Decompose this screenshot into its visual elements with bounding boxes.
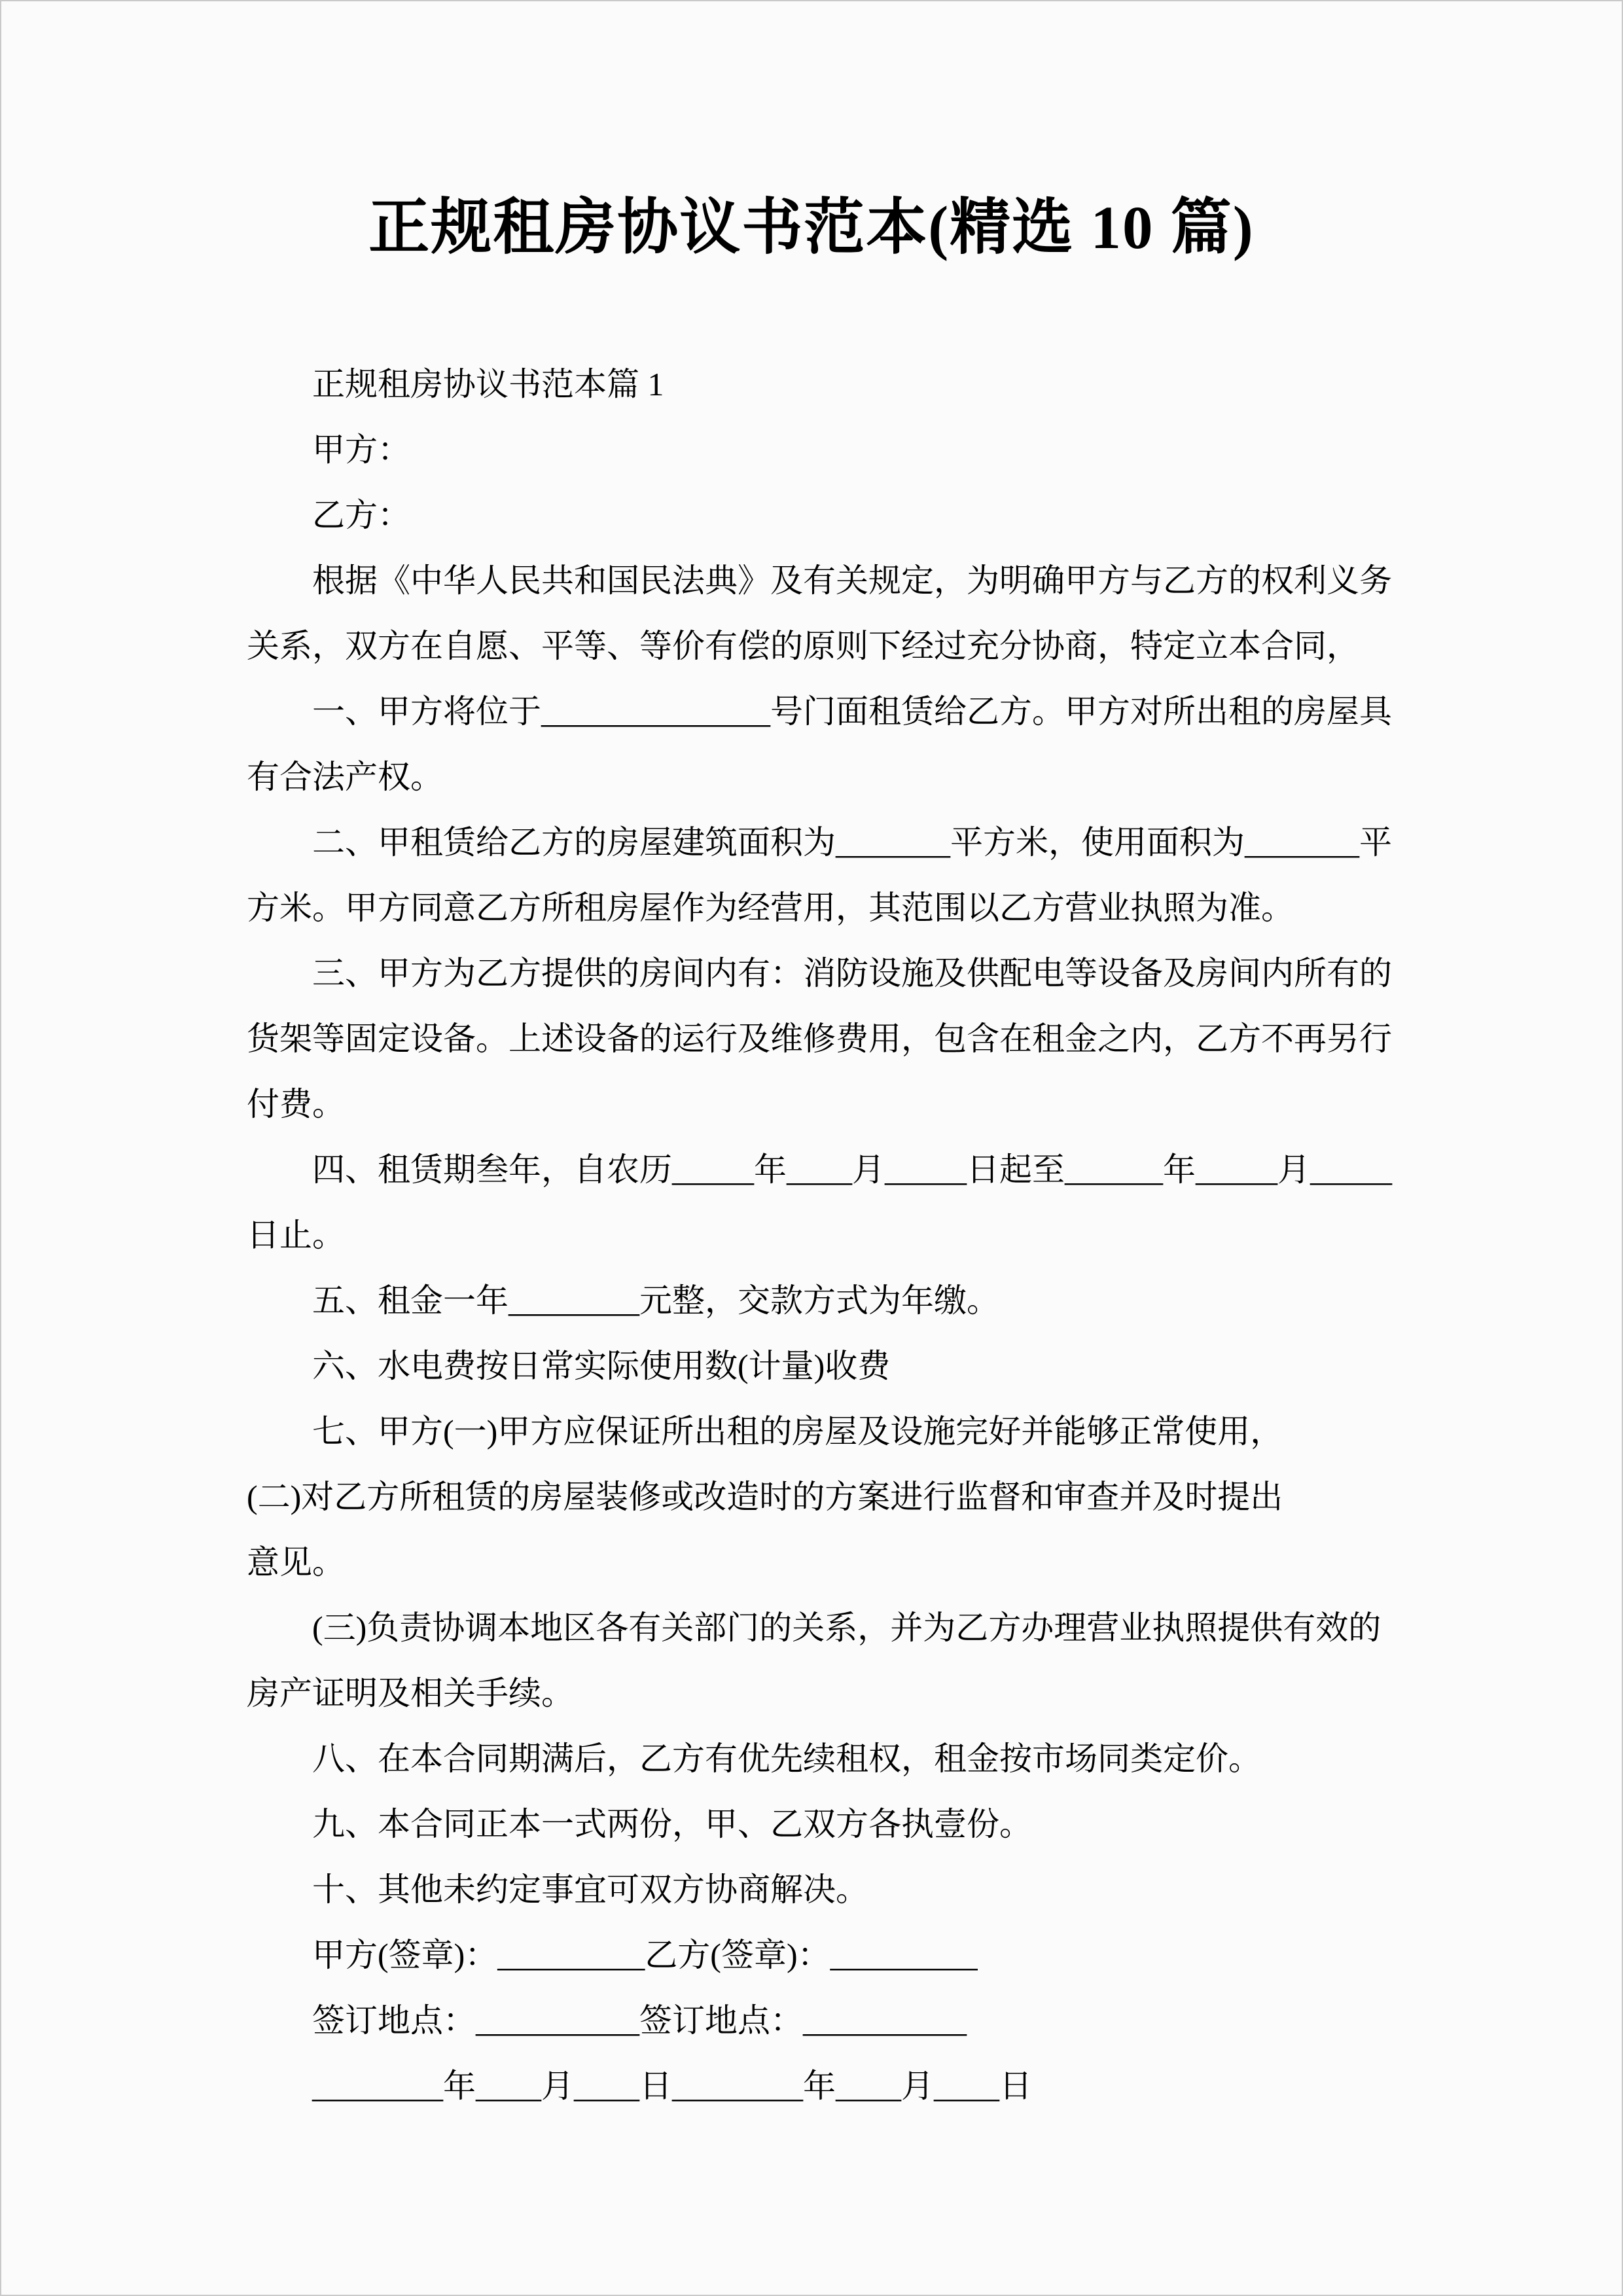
document-page: 正规租房协议书范本(精选 10 篇) 正规租房协议书范本篇 1甲方：乙方：根据《… — [0, 0, 1623, 2296]
text-line: 日止。 — [247, 1202, 1405, 1268]
text-line: 根据《中华人民共和国民法典》及有关规定，为明确甲方与乙方的权利义务 — [247, 548, 1405, 613]
text-line: (二)对乙方所租赁的房屋装修或改造时的方案进行监督和审查并及时提出 — [247, 1464, 1405, 1530]
text-line: 五、租金一年________元整，交款方式为年缴。 — [247, 1268, 1405, 1333]
text-line: 七、甲方(一)甲方应保证所出租的房屋及设施完好并能够正常使用， — [247, 1399, 1405, 1464]
text-line: 二、甲租赁给乙方的房屋建筑面积为_______平方米，使用面积为_______平 — [247, 810, 1405, 875]
text-line: 六、水电费按日常实际使用数(计量)收费 — [247, 1333, 1405, 1399]
text-line: 乙方： — [247, 482, 1405, 548]
text-line: 有合法产权。 — [247, 744, 1405, 810]
text-line: 甲方(签章)：_________乙方(签章)：_________ — [247, 1922, 1405, 1988]
text-line: 方米。甲方同意乙方所租房屋作为经营用，其范围以乙方营业执照为准。 — [247, 875, 1405, 941]
text-line: ________年____月____日________年____月____日 — [247, 2053, 1405, 2119]
text-line: (三)负责协调本地区各有关部门的关系，并为乙方办理营业执照提供有效的 — [247, 1595, 1405, 1660]
text-line: 九、本合同正本一式两份，甲、乙双方各执壹份。 — [247, 1791, 1405, 1857]
text-line: 一、甲方将位于______________号门面租赁给乙方。甲方对所出租的房屋具 — [247, 679, 1405, 744]
text-line: 正规租房协议书范本篇 1 — [247, 351, 1405, 417]
document-title: 正规租房协议书范本(精选 10 篇) — [1, 179, 1622, 278]
text-line: 三、甲方为乙方提供的房间内有：消防设施及供配电等设备及房间内所有的 — [247, 941, 1405, 1006]
text-line: 意见。 — [247, 1530, 1405, 1595]
text-line: 关系，双方在自愿、平等、等价有偿的原则下经过充分协商，特定立本合同， — [247, 613, 1405, 679]
document-body: 正规租房协议书范本篇 1甲方：乙方：根据《中华人民共和国民法典》及有关规定，为明… — [247, 351, 1405, 2119]
text-line: 甲方： — [247, 417, 1405, 482]
text-line: 货架等固定设备。上述设备的运行及维修费用，包含在租金之内，乙方不再另行 — [247, 1006, 1405, 1071]
text-line: 付费。 — [247, 1071, 1405, 1137]
text-line: 房产证明及相关手续。 — [247, 1660, 1405, 1726]
text-line: 八、在本合同期满后，乙方有优先续租权，租金按市场同类定价。 — [247, 1726, 1405, 1791]
text-line: 签订地点：__________签订地点：__________ — [247, 1988, 1405, 2053]
text-line: 四、租赁期叁年，自农历_____年____月_____日起至______年___… — [247, 1137, 1405, 1202]
text-line: 十、其他未约定事宜可双方协商解决。 — [247, 1857, 1405, 1922]
